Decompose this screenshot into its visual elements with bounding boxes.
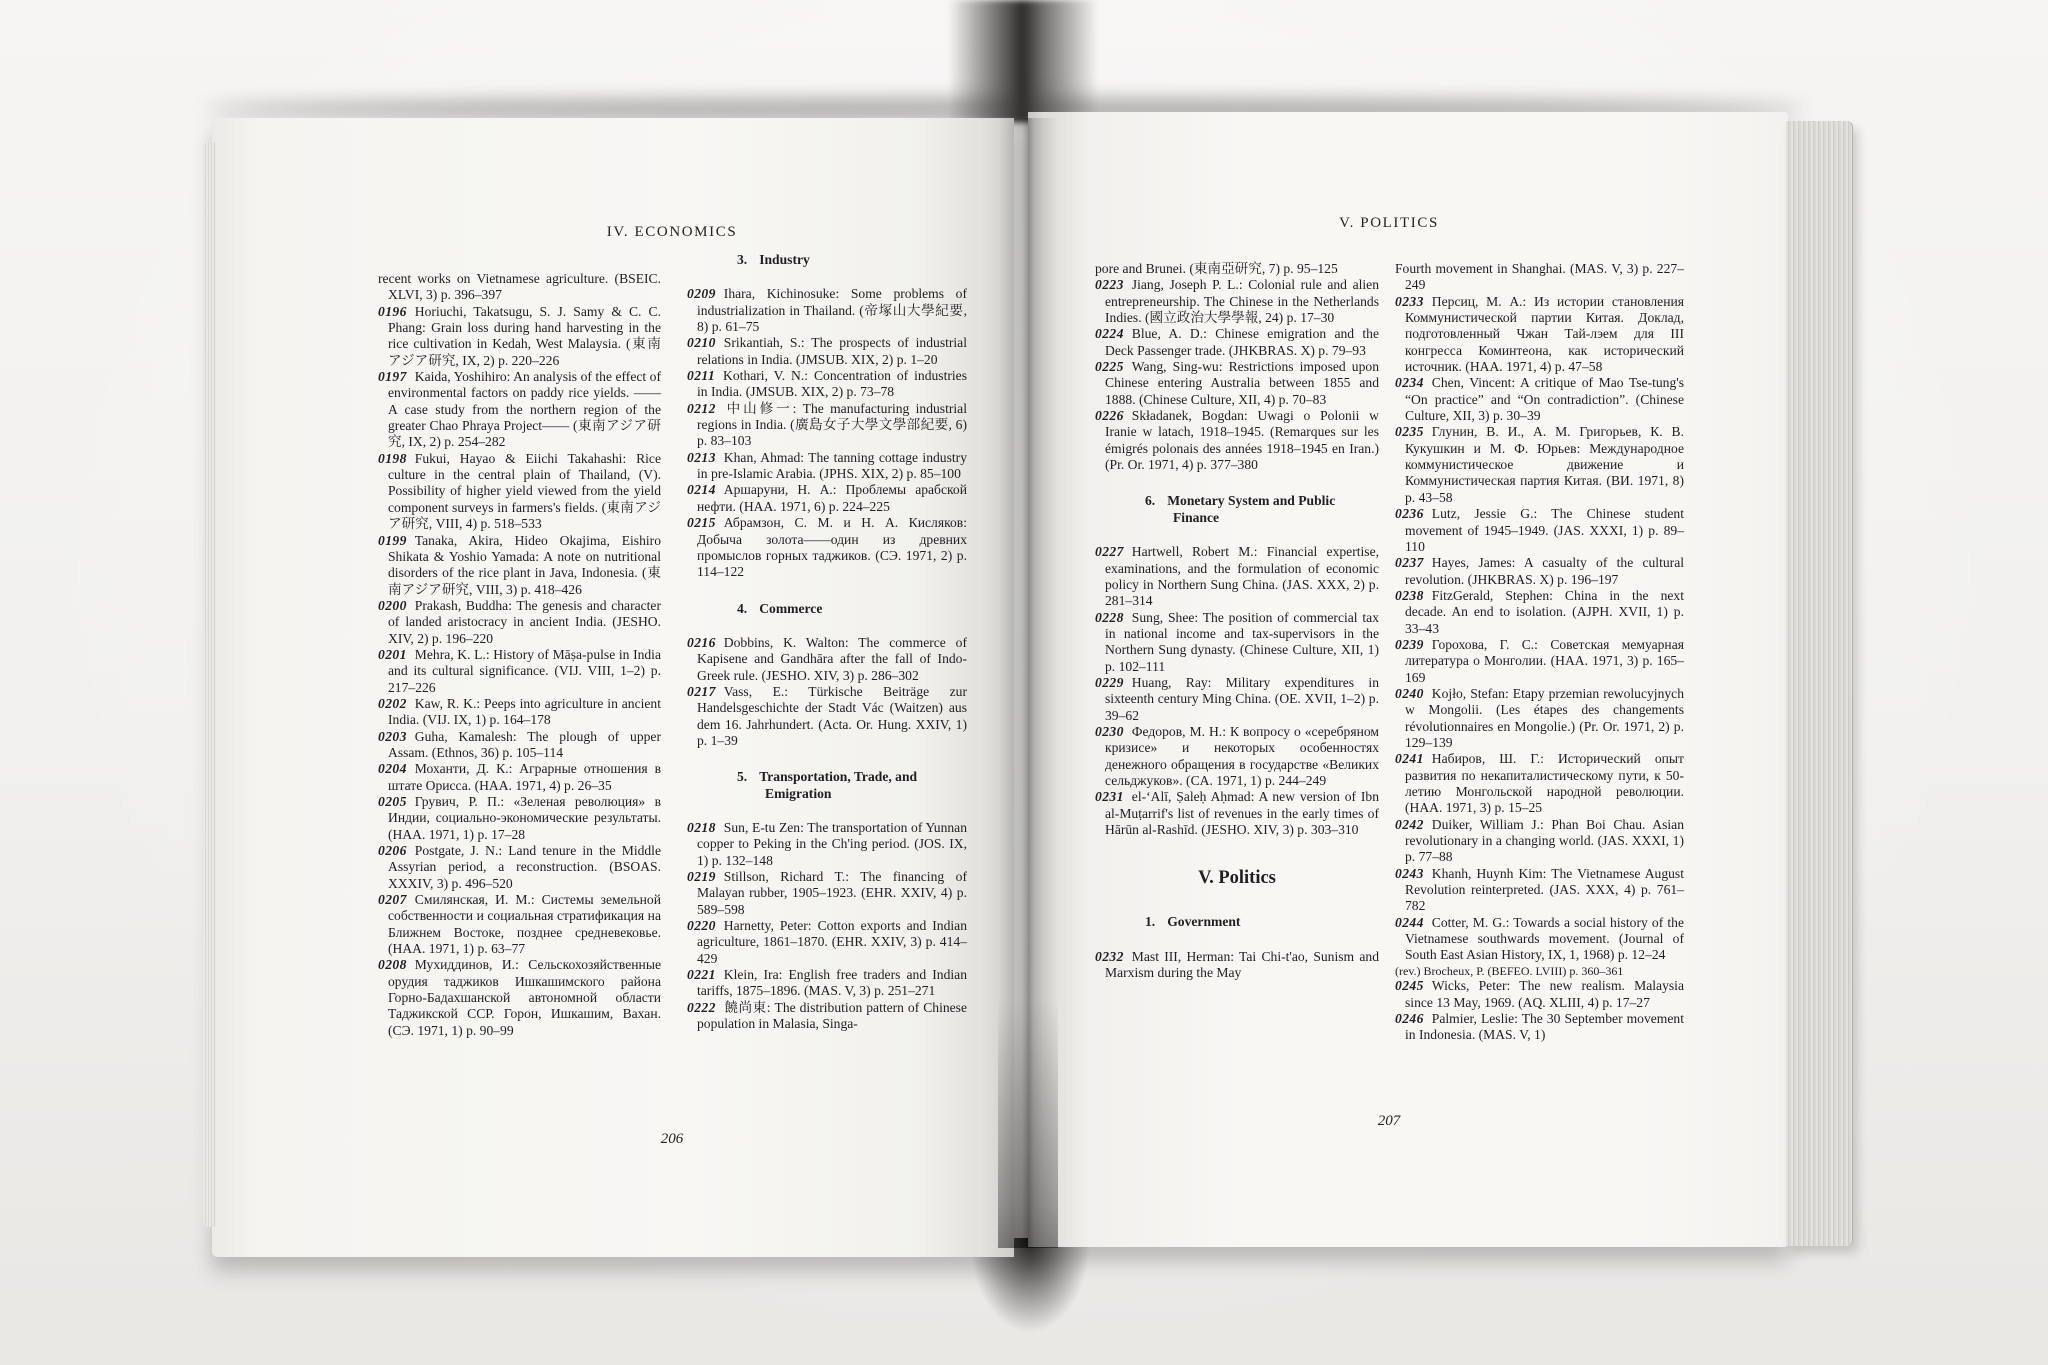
book-spine-shadow-bottom <box>952 1238 1108 1365</box>
entry-number: 0202 <box>378 696 407 711</box>
entry-number: 0244 <box>1395 915 1424 930</box>
left-running-header: IV. ECONOMICS <box>378 224 966 241</box>
right-running-header: V. POLITICS <box>1095 215 1683 232</box>
entry-0234: 0234Chen, Vincent: A critique of Mao Tse… <box>1395 375 1684 424</box>
entry-0200: 0200Prakash, Buddha: The genesis and cha… <box>378 598 661 647</box>
entry-0227: 0227Hartwell, Robert M.: Financial exper… <box>1095 544 1379 609</box>
entry-number: 0238 <box>1395 588 1424 603</box>
entry-number: 0220 <box>687 918 716 933</box>
entry-0218: 0218Sun, E-tu Zen: The transportation of… <box>687 820 967 869</box>
open-book-photo: IV. ECONOMICS V. POLITICS recent works o… <box>0 0 2048 1365</box>
entry-number: 0207 <box>378 892 407 907</box>
entry-number: 0211 <box>687 368 715 383</box>
continuation-paragraph: pore and Brunei. (東南亞研究, 7) p. 95–125 <box>1095 261 1379 277</box>
left-page-column-2: 3.Industry0209Ihara, Kichinosuke: Some p… <box>687 252 967 1032</box>
entry-number: 0223 <box>1095 277 1124 292</box>
entry-number: 0198 <box>378 451 407 466</box>
entry-0238: 0238FitzGerald, Stephen: China in the ne… <box>1395 588 1684 637</box>
section-heading: 4.Commerce <box>687 601 967 617</box>
entry-0244: 0244Cotter, M. G.: Towards a social hist… <box>1395 915 1684 964</box>
entry-0239: 0239Горохова, Г. С.: Советская мемуарная… <box>1395 637 1684 686</box>
entry-number: 0199 <box>378 533 407 548</box>
entry-number: 0218 <box>687 820 716 835</box>
entry-0243: 0243Khanh, Huynh Kim: The Vietnamese Aug… <box>1395 866 1684 915</box>
section-heading: 1.Government <box>1095 914 1379 930</box>
entry-0225: 0225Wang, Sing-wu: Restrictions imposed … <box>1095 359 1379 408</box>
entry-number: 0246 <box>1395 1011 1424 1026</box>
entry-0197: 0197Kaida, Yoshihiro: An analysis of the… <box>378 369 661 451</box>
entry-number: 0241 <box>1395 751 1424 766</box>
entry-0211: 0211Kothari, V. N.: Concentration of ind… <box>687 368 967 401</box>
entry-number: 0237 <box>1395 555 1424 570</box>
entry-0235: 0235Глунин, В. И., А. М. Григорьев, К. В… <box>1395 424 1684 506</box>
entry-0223: 0223Jiang, Joseph P. L.: Colonial rule a… <box>1095 277 1379 326</box>
entry-0237: 0237Hayes, James: A casualty of the cult… <box>1395 555 1684 588</box>
entry-0221: 0221Klein, Ira: English free traders and… <box>687 967 967 1000</box>
entry-number: 0242 <box>1395 817 1424 832</box>
left-page-number: 206 <box>378 1131 966 1148</box>
entry-number: 0228 <box>1095 610 1124 625</box>
entry-0232: 0232Mast III, Herman: Tai Chi-t'ao, Suni… <box>1095 949 1379 982</box>
entry-number: 0224 <box>1095 326 1124 341</box>
left-page-column-1: recent works on Vietnamese agriculture. … <box>378 271 661 1039</box>
entry-number: 0227 <box>1095 544 1124 559</box>
entry-number: 0215 <box>687 515 716 530</box>
entry-0206: 0206Postgate, J. N.: Land tenure in the … <box>378 843 661 892</box>
continuation-paragraph: Fourth movement in Shanghai. (MAS. V, 3)… <box>1395 261 1684 294</box>
entry-number: 0197 <box>378 369 407 384</box>
chapter-heading: V. Politics <box>1095 868 1379 889</box>
entry-number: 0233 <box>1395 294 1424 309</box>
section-heading: 3.Industry <box>687 252 967 268</box>
entry-0242: 0242Duiker, William J.: Phan Boi Chau. A… <box>1395 817 1684 866</box>
entry-number: 0219 <box>687 869 716 884</box>
right-page-column-1: pore and Brunei. (東南亞研究, 7) p. 95–125022… <box>1095 261 1379 981</box>
right-page-number: 207 <box>1095 1113 1683 1130</box>
entry-0216: 0216Dobbins, K. Walton: The commerce of … <box>687 635 967 684</box>
entry-0236: 0236Lutz, Jessie G.: The Chinese student… <box>1395 506 1684 555</box>
entry-number: 0209 <box>687 286 716 301</box>
entry-number: 0204 <box>378 761 407 776</box>
book-gutter-shadow <box>998 118 1058 1248</box>
entry-0224: 0224Blue, A. D.: Chinese emigration and … <box>1095 326 1379 359</box>
fore-edge-page-stack <box>1786 121 1853 1246</box>
entry-0201: 0201Mehra, K. L.: History of Māṣa-pulse … <box>378 647 661 696</box>
entry-0246: 0246Palmier, Leslie: The 30 September mo… <box>1395 1011 1684 1044</box>
entry-number: 0245 <box>1395 978 1424 993</box>
entry-0233: 0233Персиц, М. А.: Из истории становлени… <box>1395 294 1684 376</box>
right-page-column-2: Fourth movement in Shanghai. (MAS. V, 3)… <box>1395 261 1684 1044</box>
entry-0205: 0205Грувич, Р. П.: «Зеленая революция» в… <box>378 794 661 843</box>
entry-number: 0236 <box>1395 506 1424 521</box>
entry-number: 0222 <box>687 1000 716 1015</box>
entry-number: 0196 <box>378 304 407 319</box>
entry-number: 0206 <box>378 843 407 858</box>
entry-0198: 0198Fukui, Hayao & Eiichi Takahashi: Ric… <box>378 451 661 533</box>
entry-0212: 0212中山修一: The manufacturing industrial r… <box>687 401 967 450</box>
entry-0220: 0220Harnetty, Peter: Cotton exports and … <box>687 918 967 967</box>
section-number: 3. <box>737 252 747 267</box>
entry-0213: 0213Khan, Ahmad: The tanning cottage ind… <box>687 450 967 483</box>
entry-number: 0205 <box>378 794 407 809</box>
entry-number: 0221 <box>687 967 716 982</box>
entry-number: 0231 <box>1095 789 1124 804</box>
entry-number: 0200 <box>378 598 407 613</box>
entry-0199: 0199Tanaka, Akira, Hideo Okajima, Eishir… <box>378 533 661 598</box>
entry-number: 0229 <box>1095 675 1124 690</box>
entry-0209: 0209Ihara, Kichinosuke: Some problems of… <box>687 286 967 335</box>
entry-number: 0214 <box>687 482 716 497</box>
entry-0240: 0240Kojło, Stefan: Etapy przemian rewolu… <box>1395 686 1684 751</box>
entry-number: 0230 <box>1095 724 1124 739</box>
continuation-paragraph: recent works on Vietnamese agriculture. … <box>378 271 661 304</box>
entry-0196: 0196Horiuchi, Takatsugu, S. J. Samy & C.… <box>378 304 661 369</box>
left-page-stack <box>203 142 216 1227</box>
entry-0219: 0219Stillson, Richard T.: The financing … <box>687 869 967 918</box>
entry-number: 0201 <box>378 647 407 662</box>
section-number: 5. <box>737 769 747 784</box>
entry-number: 0225 <box>1095 359 1124 374</box>
entry-0245: 0245Wicks, Peter: The new realism. Malay… <box>1395 978 1684 1011</box>
entry-0241: 0241Набиров, Ш. Г.: Исторический опыт ра… <box>1395 751 1684 816</box>
entry-number: 0243 <box>1395 866 1424 881</box>
entry-0229: 0229Huang, Ray: Military expenditures in… <box>1095 675 1379 724</box>
review-note: (rev.) Brocheux, P. (BEFEO. LVIII) p. 36… <box>1395 964 1684 978</box>
entry-0217: 0217Vass, E.: Türkische Beiträge zur Han… <box>687 684 967 749</box>
entry-number: 0210 <box>687 335 716 350</box>
entry-number: 0203 <box>378 729 407 744</box>
entry-number: 0232 <box>1095 949 1124 964</box>
entry-0204: 0204Моханти, Д. К.: Аграрные отношения в… <box>378 761 661 794</box>
entry-number: 0235 <box>1395 424 1424 439</box>
entry-0207: 0207Смилянская, И. М.: Системы земельной… <box>378 892 661 957</box>
section-number: 4. <box>737 601 747 616</box>
entry-0214: 0214Аршаруни, Н. А.: Проблемы арабской н… <box>687 482 967 515</box>
entry-0210: 0210Srikantiah, S.: The prospects of ind… <box>687 335 967 368</box>
entry-number: 0217 <box>687 684 716 699</box>
entry-0226: 0226Składanek, Bogdan: Uwagi o Polonii w… <box>1095 408 1379 473</box>
entry-0203: 0203Guha, Kamalesh: The plough of upper … <box>378 729 661 762</box>
entry-number: 0213 <box>687 450 716 465</box>
entry-0230: 0230Федоров, М. Н.: К вопросу о «серебря… <box>1095 724 1379 789</box>
entry-number: 0226 <box>1095 408 1124 423</box>
entry-number: 0239 <box>1395 637 1424 652</box>
entry-number: 0212 <box>687 401 716 416</box>
section-heading: 6.Monetary System and Public Finance <box>1095 493 1379 526</box>
entry-number: 0216 <box>687 635 716 650</box>
entry-0215: 0215Абрамзон, С. М. и Н. А. Кисляков: До… <box>687 515 967 580</box>
entry-0202: 0202Kaw, R. K.: Peeps into agriculture i… <box>378 696 661 729</box>
section-number: 1. <box>1145 914 1155 929</box>
entry-0222: 0222饒尚東: The distribution pattern of Chi… <box>687 1000 967 1033</box>
section-heading: 5.Transportation, Trade, and Emigration <box>687 769 967 802</box>
entry-0208: 0208Мухиддинов, И.: Сельскохозяйственные… <box>378 957 661 1039</box>
entry-0231: 0231el-ʻAlī, Ṣaleḥ Aḥmad: A new version … <box>1095 789 1379 838</box>
entry-number: 0208 <box>378 957 407 972</box>
section-number: 6. <box>1145 493 1155 508</box>
entry-0228: 0228Sung, Shee: The position of commerci… <box>1095 610 1379 675</box>
entry-number: 0240 <box>1395 686 1424 701</box>
entry-number: 0234 <box>1395 375 1424 390</box>
